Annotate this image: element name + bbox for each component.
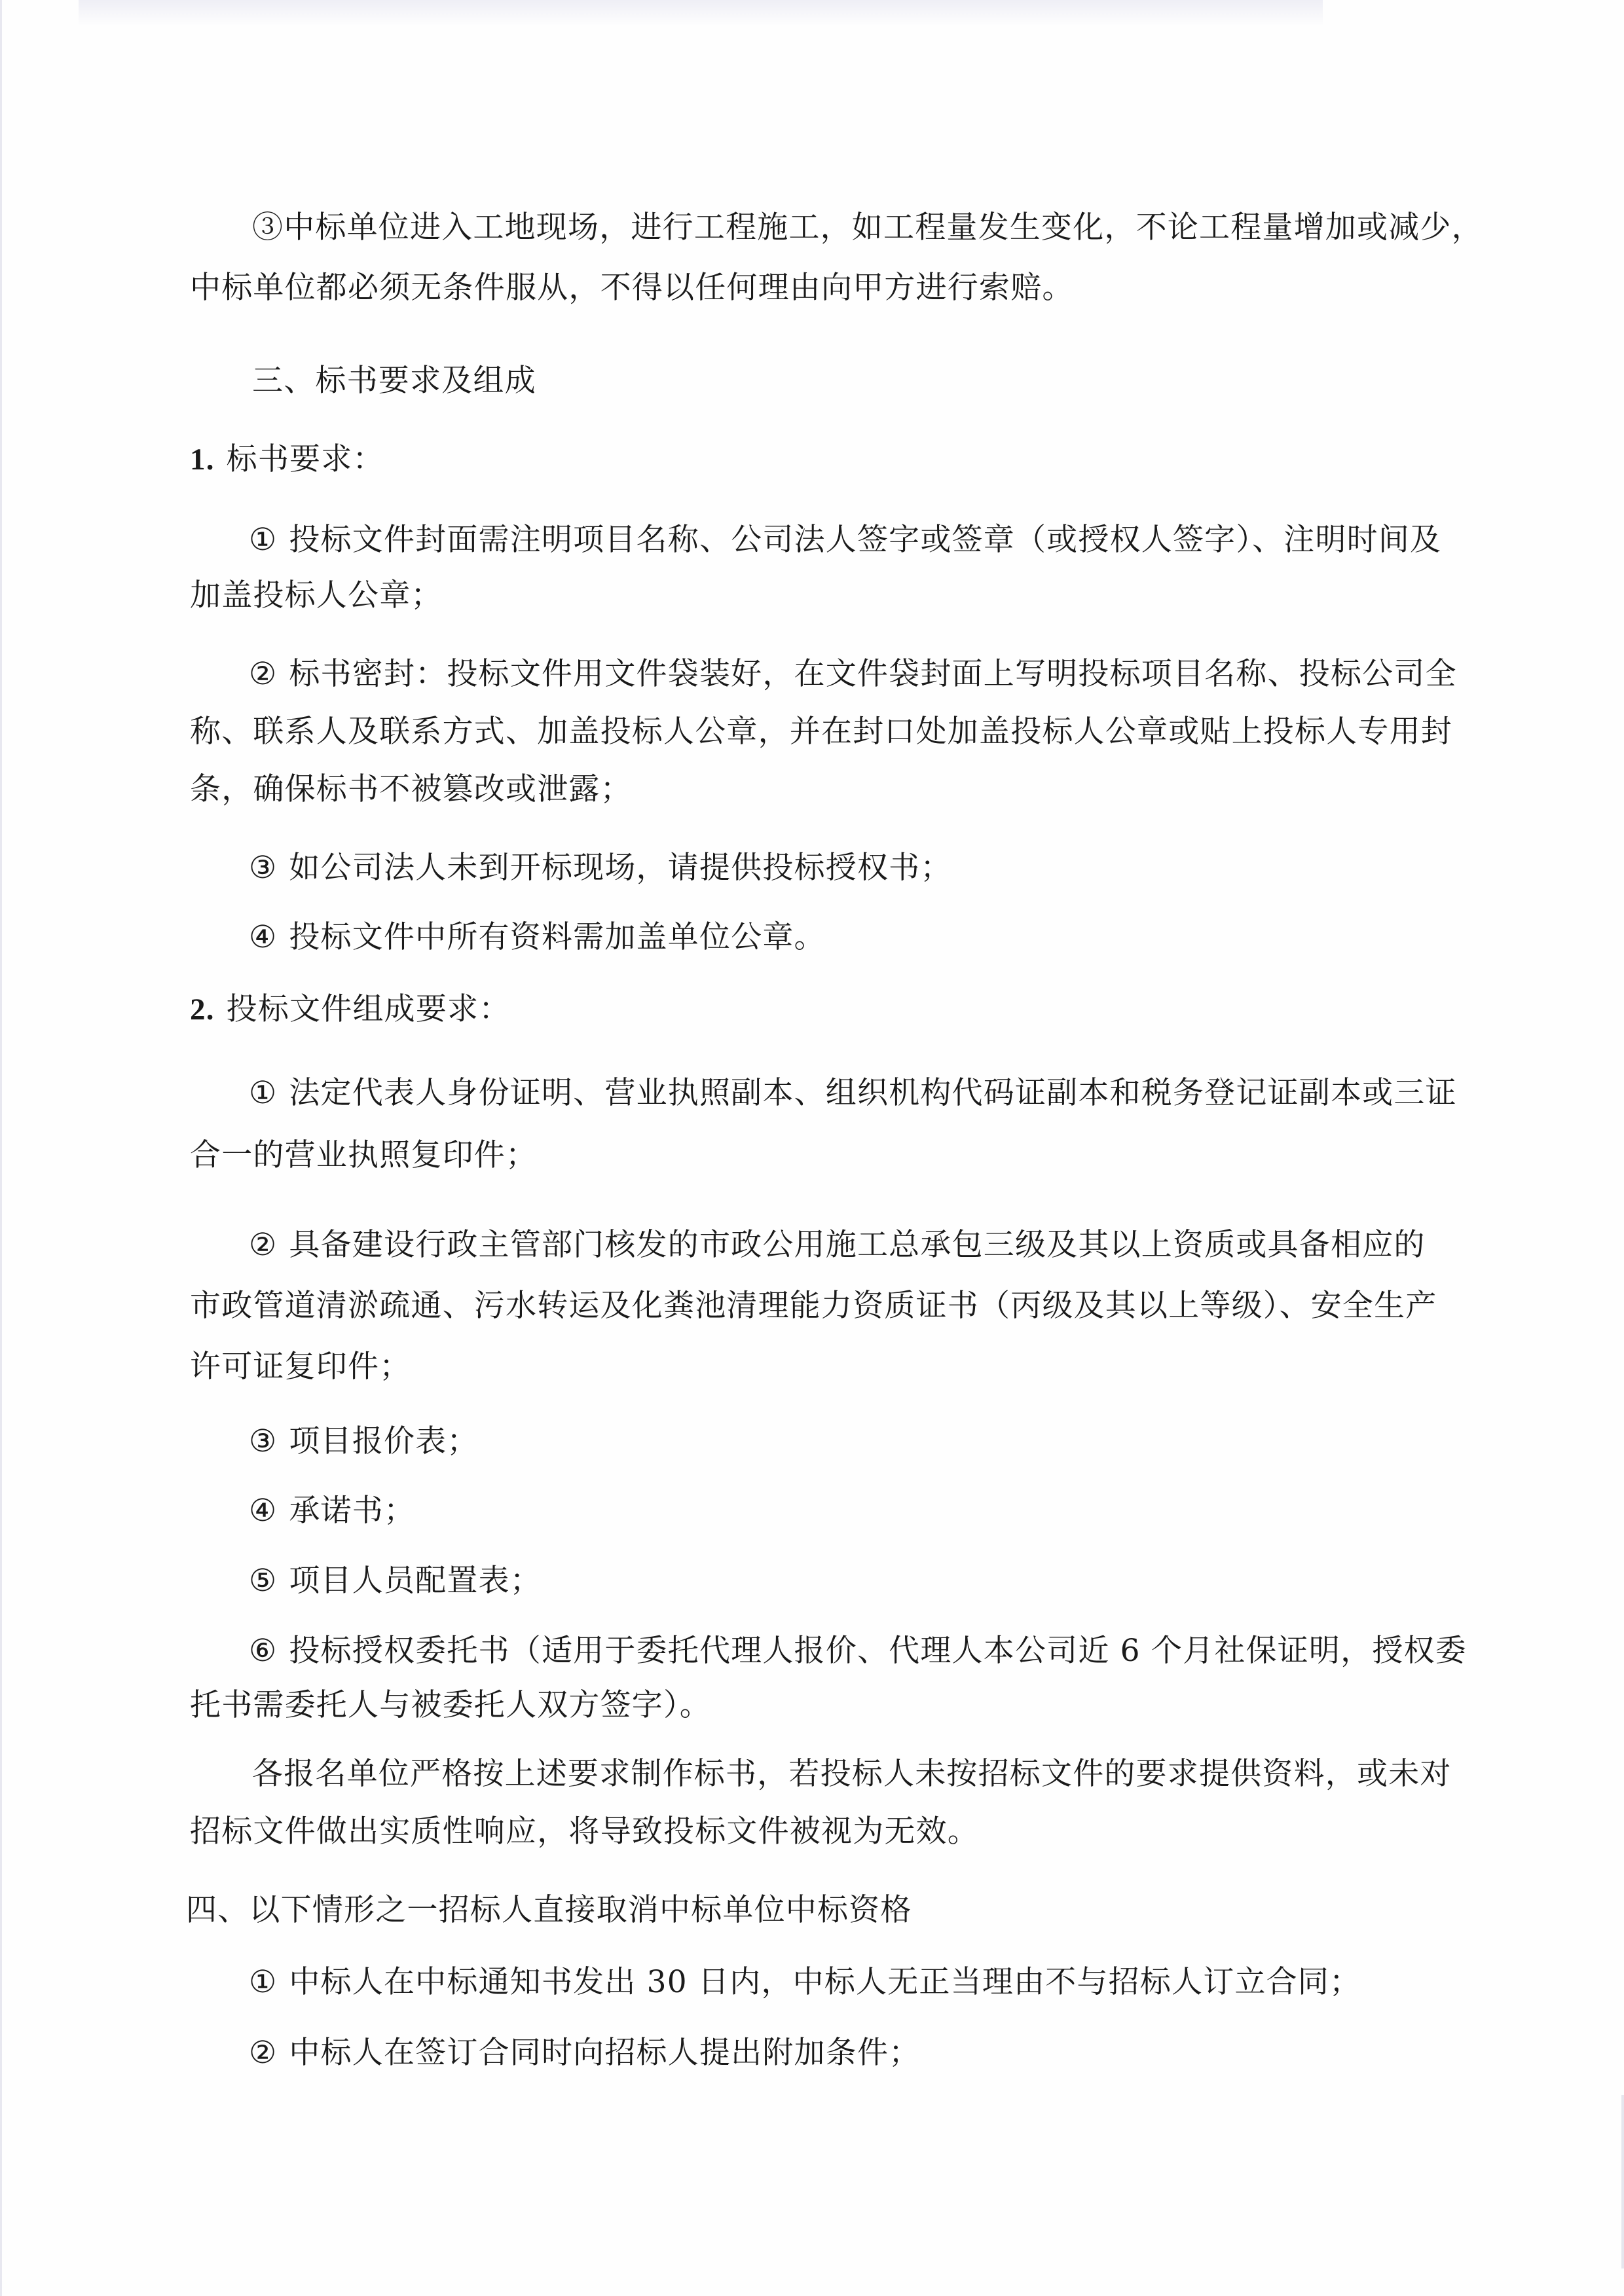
circled-number-marker: ①	[249, 1964, 277, 2000]
list-item-line: 托书需委托人与被委托人双方签字）。	[190, 1686, 711, 1725]
circled-number-marker: ①	[249, 1075, 277, 1111]
circled-number-marker: ⑤	[249, 1563, 277, 1599]
list-item-line: ③如公司法人未到开标现场，请提供投标授权书；	[249, 848, 952, 888]
scan-edge-right	[1621, 2095, 1624, 2269]
circled-number-marker: ③	[249, 1423, 277, 1459]
list-item-line: ④投标文件中所有资料需加盖单位公章。	[249, 918, 826, 957]
list-item-line: ②具备建设行政主管部门核发的市政公用施工总承包三级及其以上资质或具备相应的	[249, 1226, 1426, 1265]
list-item-line: 合一的营业执照复印件；	[190, 1136, 537, 1175]
list-item-line: 条，确保标书不被篡改或泄露；	[190, 770, 632, 809]
circled-number-marker: ④	[249, 919, 277, 955]
list-item-line: 许可证复印件；	[190, 1347, 411, 1387]
section-heading-3: 三、标书要求及组成	[252, 361, 536, 401]
paragraph-line: 各报名单位严格按上述要求制作标书，若投标人未按招标文件的要求提供资料，或未对	[252, 1755, 1452, 1794]
list-item-line: ①中标人在中标通知书发出 30 日内，中标人无正当理由不与招标人订立合同；	[249, 1963, 1361, 2002]
paragraph-line: 招标文件做出实质性响应，将导致投标文件被视为无效。	[190, 1812, 979, 1851]
list-item-line: ④承诺书；	[249, 1491, 415, 1531]
list-item-line: ②中标人在签订合同时向招标人提出附加条件；	[249, 2033, 920, 2073]
list-item-line: 市政管道清淤疏通、污水转运及化粪池清理能力资质证书（丙级及其以上等级）、安全生产	[190, 1286, 1437, 1326]
scan-shadow	[79, 0, 1323, 26]
list-item-line: ⑥投标授权委托书（适用于委托代理人报价、代理人本公司近 6 个月社保证明，授权委	[249, 1631, 1467, 1671]
section-heading-4: 四、以下情形之一招标人直接取消中标单位中标资格	[186, 1891, 912, 1930]
document-page: ③中标单位进入工地现场，进行工程施工，如工程量发生变化，不论工程量增加或减少， …	[0, 0, 1624, 2296]
subsection-heading-1: 1.标书要求：	[190, 440, 384, 479]
circled-number-marker: ②	[249, 1227, 277, 1263]
paragraph-line: ③中标单位进入工地现场，进行工程施工，如工程量发生变化，不论工程量增加或减少，	[252, 208, 1483, 247]
list-item-line: ②标书密封：投标文件用文件袋装好，在文件袋封面上写明投标项目名称、投标公司全	[249, 655, 1457, 694]
list-item-line: ⑤项目人员配置表；	[249, 1561, 542, 1601]
circled-number-marker: ①	[249, 522, 277, 558]
circled-number-marker: ②	[249, 656, 277, 692]
list-item-line: 称、联系人及联系方式、加盖投标人公章，并在封口处加盖投标人公章或贴上投标人专用封	[190, 712, 1452, 752]
subsection-number: 1.	[190, 443, 215, 477]
scan-edge-left	[0, 0, 2, 2296]
circled-number-marker: ③	[249, 850, 277, 886]
list-item-line: 加盖投标人公章；	[190, 576, 443, 615]
circled-number-marker: ④	[249, 1493, 277, 1529]
list-item-line: ①法定代表人身份证明、营业执照副本、组织机构代码证副本和税务登记证副本或三证	[249, 1074, 1457, 1113]
circled-number-marker: ⑥	[249, 1633, 277, 1669]
subsection-title: 投标文件组成要求：	[227, 991, 511, 1027]
list-item-line: ③项目报价表；	[249, 1422, 479, 1461]
list-item-line: ①投标文件封面需注明项目名称、公司法人签字或签章（或授权人签字）、注明时间及	[249, 520, 1441, 560]
subsection-title: 标书要求：	[227, 441, 384, 477]
paragraph-line: 中标单位都必须无条件服从，不得以任何理由向甲方进行索赔。	[190, 268, 1074, 308]
subsection-number: 2.	[190, 993, 215, 1027]
subsection-heading-2: 2.投标文件组成要求：	[190, 990, 510, 1029]
circled-number-marker: ②	[249, 2035, 277, 2071]
